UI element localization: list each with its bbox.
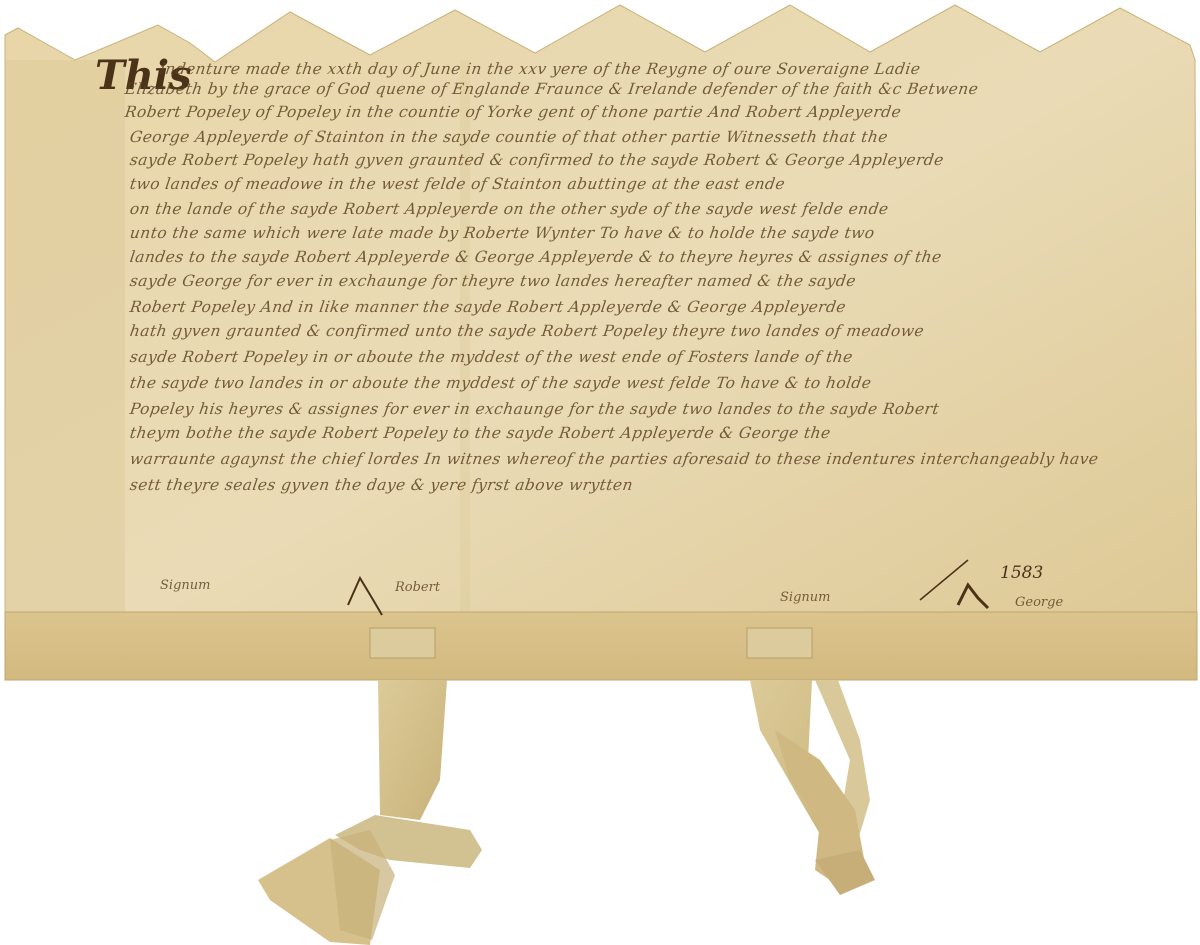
text-line: sayde Robert Popeley in or aboute the my… <box>129 348 854 366</box>
plica-fold <box>5 612 1197 680</box>
text-line: hath gyven graunted & confirmed unto the… <box>129 322 926 340</box>
signum-right: Signum <box>780 590 830 605</box>
text-line: warraunte agaynst the chief lordes In wi… <box>129 450 1100 468</box>
text-line: Robert Popeley And in like manner the sa… <box>129 298 847 316</box>
text-line: two landes of meadowe in the west felde … <box>129 175 787 193</box>
text-line: theym bothe the sayde Robert Popeley to … <box>129 424 832 442</box>
signature-george: George <box>1015 595 1063 610</box>
text-line: George Appleyerde of Stainton in the say… <box>129 128 889 146</box>
signature-robert: Robert <box>395 580 440 595</box>
text-line: the sayde two landes in or aboute the my… <box>129 374 873 392</box>
seal-tag-left <box>258 680 482 945</box>
text-line: unto the same which were late made by Ro… <box>129 224 876 242</box>
year-1583: 1583 <box>1000 563 1043 583</box>
tag-slit-left <box>370 628 435 658</box>
text-line: Popeley his heyres & assignes for ever i… <box>129 400 941 418</box>
text-line: sayde George for ever in exchaunge for t… <box>129 272 857 290</box>
text-line: sett theyre seales gyven the daye & yere… <box>129 476 634 494</box>
text-line: indenture made the xxth day of June in t… <box>159 60 922 78</box>
signum-left: Signum <box>160 578 210 593</box>
text-line: sayde Robert Popeley hath gyven graunted… <box>129 151 945 169</box>
seal-tag-right <box>750 680 875 895</box>
text-line: Robert Popeley of Popeley in the countie… <box>124 103 903 121</box>
text-line: on the lande of the sayde Robert Appleye… <box>129 200 890 218</box>
tag-slit-right <box>747 628 812 658</box>
text-line: Elizabeth by the grace of God quene of E… <box>124 80 980 98</box>
text-line: landes to the sayde Robert Appleyerde & … <box>129 248 943 266</box>
